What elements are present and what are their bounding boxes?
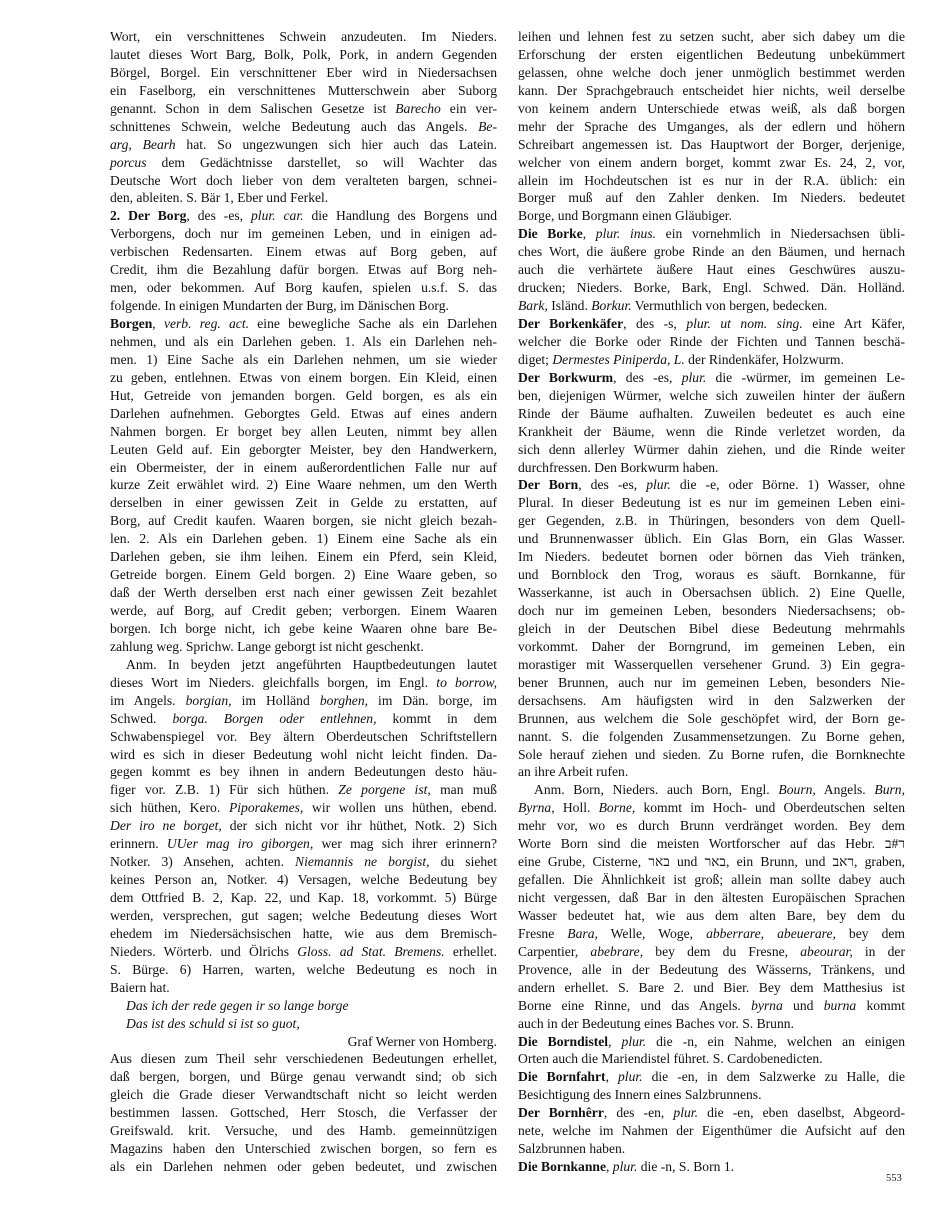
text-line: welcher die Borke oder Rinde der Fichten… <box>518 333 905 351</box>
text-line: Die Borke, plur. inus. ein vornehmlich i… <box>518 225 905 243</box>
text-line: Plural. In dieser Bedeutung ist es nur i… <box>518 494 905 512</box>
text-line: Deutsche Wort doch lieber von dem veralt… <box>110 172 497 190</box>
left-column: Wort, ein verschnittenes Schwein anzudeu… <box>110 28 497 1176</box>
text-line: Carpentier, abebrare, bey dem du Fresne,… <box>518 943 905 961</box>
text-line: Bark, Isländ. Borkur. Vermuthlich von be… <box>518 297 905 315</box>
text-line: allein im Hochdeutschen ist es nur in de… <box>518 172 905 190</box>
verse-line: Das ist des schuld si ist so guot, <box>110 1015 497 1033</box>
text-line: Die Borndistel, plur. die -n, ein Nahme,… <box>518 1033 905 1051</box>
text-line: bestimmen lassen. Gottsched, Herr Stosch… <box>110 1104 497 1122</box>
text-line: werde, auf Borg, auf Credit geben; verbo… <box>110 602 497 620</box>
text-line: dersachsens. Am häufigsten wird in den S… <box>518 692 905 710</box>
text-line: dieses Wort im Nieders. gleichfalls borg… <box>110 674 497 692</box>
text-line: Anm. Born, Nieders. auch Born, Engl. Bou… <box>518 781 905 799</box>
text-line: Magazins haben den Unterschied zwischen … <box>110 1140 497 1158</box>
text-line: ein Faselborg, ein verschnittenes Mutter… <box>110 82 497 100</box>
text-line: ben, diejenigen Würmer, welche sich zuwe… <box>518 387 905 405</box>
text-line: Worte Born sind die meisten Wortforscher… <box>518 835 905 853</box>
text-line: arg, Bearh hat. So ungezwungen sich hier… <box>110 136 497 154</box>
text-line: den, ableiten. S. Bär 1, Eber und Ferkel… <box>110 189 497 207</box>
text-line: keines Person an, Notker. 4) Versagen, w… <box>110 871 497 889</box>
text-line: Wasserkanne, ist auch in Obersachsen übl… <box>518 584 905 602</box>
text-line: Brunnen, aus welchem die Sole geschöpfet… <box>518 710 905 728</box>
text-line: morastiger mit Wasserquellen versehener … <box>518 656 905 674</box>
text-line: mehr vor, wo es durch Brunn verdränget w… <box>518 817 905 835</box>
text-line: Borge, und Borgmann einen Gläubiger. <box>518 207 905 225</box>
text-line: figer vor. Z.B. 1) Für sich hüthen. Ze p… <box>110 781 497 799</box>
text-line: dem Ottfried B. 2, Kap. 22, und Kap. 18,… <box>110 889 497 907</box>
text-line: S. Bürge. 6) Harren, warten, welche Bede… <box>110 961 497 979</box>
text-line: bener Brunnen, auch nur im gemeinen Lebe… <box>518 674 905 692</box>
text-line: Verborgens, doch nur im gemeinen Leben, … <box>110 225 497 243</box>
right-column: leihen und lehnen fest zu setzen sucht, … <box>518 28 905 1176</box>
text-line: ches Wort, die äußere grobe Rinde an den… <box>518 243 905 261</box>
text-line: Der Bornhêrr, des -en, plur. die -en, eb… <box>518 1104 905 1122</box>
text-line: verbischen Redensarten. Einem etwas auf … <box>110 243 497 261</box>
text-line: im Angels. borgian, im Holländ borghen, … <box>110 692 497 710</box>
text-line: gelassen, ohne welche doch jener unmögli… <box>518 64 905 82</box>
text-line: Darlehen aufnehmen. Geborgtes Geld. Etwa… <box>110 405 497 423</box>
text-line: Baiern hat. <box>110 979 497 997</box>
text-line: diget; Dermestes Piniperda, L. der Rinde… <box>518 351 905 369</box>
text-line: ein Obermeister, der in einem außerorden… <box>110 459 497 477</box>
attribution-line: Graf Werner von Homberg. <box>110 1033 497 1051</box>
text-line: von keinem andern Unterschiede etwas wei… <box>518 100 905 118</box>
text-line: Notker. 3) Ansehen, achten. Niemannis ne… <box>110 853 497 871</box>
text-line: Aus diesen zum Theil sehr verschiedenen … <box>110 1050 497 1068</box>
text-line: Sole herauf ziehen und sieden. Zu Borne … <box>518 746 905 764</box>
text-line: porcus dem Gedächtnisse darstellet, so w… <box>110 154 497 172</box>
text-line: men. 1) Eine Sache als ein Darlehen nehm… <box>110 351 497 369</box>
text-line: lautet dieses Wort Barg, Bolk, Polk, Por… <box>110 46 497 64</box>
text-line: Salzbrunnen haben. <box>518 1140 905 1158</box>
text-line: werden, versprechen, gut sagen; welche B… <box>110 907 497 925</box>
text-line: Borne eine Rinne, und das Angels. byrna … <box>518 997 905 1015</box>
text-line: Rinde der Bäume aufhalten. Zuweilen bede… <box>518 405 905 423</box>
text-line: 2. Der Borg, des -es, plur. car. die Han… <box>110 207 497 225</box>
text-line: Provence, alle in der Bedeutung des Wäss… <box>518 961 905 979</box>
text-line: genannt. Schon in dem Salischen Gesetze … <box>110 100 497 118</box>
text-line: ehedem im Niedersächsischen hatte, wie a… <box>110 925 497 943</box>
text-line: zahlung weg. Sprichw. Lange geborgt ist … <box>110 638 497 656</box>
text-line: und Bornblock den Trog, woraus es säuft.… <box>518 566 905 584</box>
text-line: Schwed. borga. Borgen oder entlehnen, ko… <box>110 710 497 728</box>
text-line: vorkommt. Daher der Borngrund, im gemein… <box>518 638 905 656</box>
text-line: auch in der Bedeutung eines Baches vor. … <box>518 1015 905 1033</box>
text-line: Die Bornfahrt, plur. die -en, in dem Sal… <box>518 1068 905 1086</box>
text-line: nete, welche im Nahmen der Eigenthümer d… <box>518 1122 905 1140</box>
text-line: sich hüthen, Kero. Piporakemes, wir woll… <box>110 799 497 817</box>
text-line: drucken; Nieders. Borke, Bark, Engl. Sch… <box>518 279 905 297</box>
text-line: durchfressen. Den Borkwurm haben. <box>518 459 905 477</box>
text-line: borgen. Ich borge nicht, ich gebe keine … <box>110 620 497 638</box>
text-line: schnittenes Schwein, welche Bedeutung au… <box>110 118 497 136</box>
text-line: Borg, auf Credit kaufen. Waaren borgen, … <box>110 512 497 530</box>
verse-line: Das ich der rede gegen ir so lange borge <box>110 997 497 1015</box>
text-line: Börgel, Borgel. Ein verschnittener Eber … <box>110 64 497 82</box>
text-line: Anm. In beyden jetzt angeführten Hauptbe… <box>110 656 497 674</box>
text-line: Krankheit der Bäume, wenn die Rinde verl… <box>518 423 905 441</box>
text-line: gefallen. Die Ähnlichkeit ist groß; alle… <box>518 871 905 889</box>
text-line: gegen kommt es bey ihnen in andern Bedeu… <box>110 763 497 781</box>
text-line: Wort, ein verschnittenes Schwein anzudeu… <box>110 28 497 46</box>
page-number: 553 <box>886 1173 902 1184</box>
text-line: Wasser bedeutet hat, wie aus dem alten B… <box>518 907 905 925</box>
text-line: len. 2. Als ein Darlehen geben. 1) Einem… <box>110 530 497 548</box>
text-line: Borger muß auf den Zahler denken. Im Nie… <box>518 189 905 207</box>
text-line: Fresne Bara, Welle, Woge, abberrare, abe… <box>518 925 905 943</box>
text-line: Darlehen geben, sie ihm leihen. Einem ei… <box>110 548 497 566</box>
text-line: derselben in einer gewissen Zeit in Geld… <box>110 494 497 512</box>
text-line: sich denn allerley Würmer dahin ziehen, … <box>518 441 905 459</box>
text-line: zu geben, entlehnen. Etwas von einem bor… <box>110 369 497 387</box>
text-line: Hut, Getreide von jemanden borgen. Geld … <box>110 387 497 405</box>
text-line: kurze Zeit erwählet wird. 2) Eine Waare … <box>110 476 497 494</box>
text-line: Schwabenspiegel vor. Bey ältern Oberdeut… <box>110 728 497 746</box>
text-line: welcher von einem andern borget, kommt z… <box>518 154 905 172</box>
text-line: als ein Darlehen nehmen oder geben bedeu… <box>110 1158 497 1176</box>
text-line: ger Gegenden, z.B. in Thüringen, besonde… <box>518 512 905 530</box>
text-line: Greifswald. krit. Versuche, und des Hamb… <box>110 1122 497 1140</box>
text-line: Im Nieders. bedeutet bornen oder börnen … <box>518 548 905 566</box>
text-line: men, oder bekommen. Auf Borg kaufen, spi… <box>110 279 497 297</box>
text-line: Schreibart angemessen ist. Das Hauptwort… <box>518 136 905 154</box>
text-line: kann. Der Sprachgebrauch entscheidet hie… <box>518 82 905 100</box>
text-line: Getreide borgen. Einem Geld borgen. 2) E… <box>110 566 497 584</box>
text-line: Der iro ne borget, der sich nicht vor ih… <box>110 817 497 835</box>
text-line: daß bergen, borgen, und Bürge genau verw… <box>110 1068 497 1086</box>
text-line: Nieders. Wörterb. und Ölrichs Gloss. ad … <box>110 943 497 961</box>
text-line: Die Bornkanne, plur. die -n, S. Born 1. <box>518 1158 905 1176</box>
text-line: Besichtigung des Innern eines Salzbrunne… <box>518 1086 905 1104</box>
text-line: nicht vergessen, daß Bar in den ältesten… <box>518 889 905 907</box>
text-line: mehr der Sprache des Umganges, als der e… <box>518 118 905 136</box>
text-line: Erforschung der ersten eigentlichen Bede… <box>518 46 905 64</box>
text-line: andern erhellet. S. Bare 2. und Bier. Be… <box>518 979 905 997</box>
text-line: Der Borkwurm, des -es, plur. die -würmer… <box>518 369 905 387</box>
text-line: auch die verhärtete äußere Haut eines Ge… <box>518 261 905 279</box>
text-line: Credit, ihm die Bezahlung dafür borgen. … <box>110 261 497 279</box>
text-line: Orten auch die Mariendistel führet. S. C… <box>518 1050 905 1068</box>
text-line: doch nur im gemeinen Leben, besonders Ni… <box>518 602 905 620</box>
text-line: Leuten Geld auf. Ein geborgter Meister, … <box>110 441 497 459</box>
text-line: Byrna, Holl. Borne, kommt im Hoch- und O… <box>518 799 905 817</box>
text-line: folgende. In einigen Mundarten der Burg,… <box>110 297 497 315</box>
text-line: Der Born, des -es, plur. die -e, oder Bö… <box>518 476 905 494</box>
text-line: Borgen, verb. reg. act. eine bewegliche … <box>110 315 497 333</box>
text-line: daß der Werth derselben erst nach einer … <box>110 584 497 602</box>
text-line: leihen und lehnen fest zu setzen sucht, … <box>518 28 905 46</box>
text-line: wird es sich in dieser Bedeutung wohl ni… <box>110 746 497 764</box>
text-line: nannt. S. die folgenden Zusammensetzunge… <box>518 728 905 746</box>
text-line: und Brunnenwasser üblich. Ein Glas Born,… <box>518 530 905 548</box>
text-line: Nahmen borgen. Er borget bey allen Leute… <box>110 423 497 441</box>
text-line: Der Borkenkäfer, des -s, plur. ut nom. s… <box>518 315 905 333</box>
text-line: erinnern. UUer mag iro giborgen, wer mag… <box>110 835 497 853</box>
text-line: gleich die Grade dieser Verwandtschaft n… <box>110 1086 497 1104</box>
text-line: gleich in der Deutschen Bibel diese Bede… <box>518 620 905 638</box>
text-line: eine Grube, Cisterne, באר und באר, ein B… <box>518 853 905 871</box>
text-line: an ihre Arbeit rufen. <box>518 763 905 781</box>
text-line: nehmen, und als ein Darlehen geben. 1. A… <box>110 333 497 351</box>
